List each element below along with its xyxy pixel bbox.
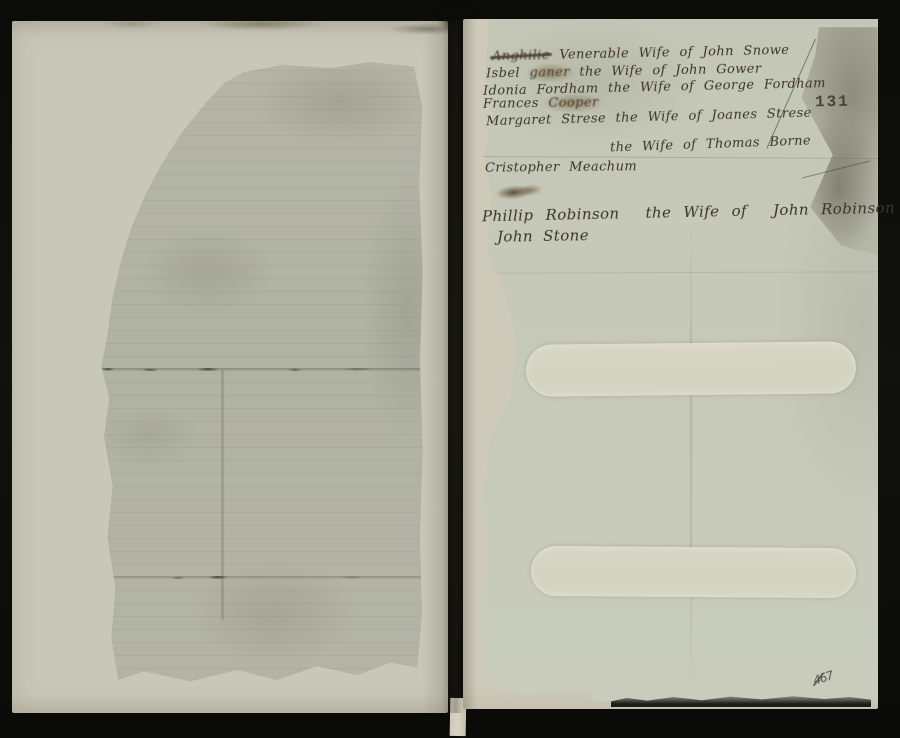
verso-page	[12, 21, 448, 713]
handwritten-text: John Stone	[497, 226, 589, 246]
handwritten-text: Frances	[483, 96, 549, 112]
handwritten-text: Isbel	[486, 66, 530, 82]
handwritten-text: Phillip Robinson	[482, 204, 620, 225]
manuscript-line: Phillip Robinsonthe Wife ofJohn Robinson	[482, 199, 895, 226]
manuscript-line: Frances Cooper	[483, 95, 599, 112]
handwritten-text: Venerable Wife of John Snowe	[550, 43, 790, 63]
repair-patch-bottom	[531, 546, 856, 598]
repair-patch-top	[526, 341, 857, 396]
handwritten-text: the Wife of John Gower	[570, 62, 762, 80]
manuscript-text-block: Anghilie Venerable Wife of John SnoweIsb…	[477, 41, 875, 281]
struck-word: ganer	[529, 65, 570, 81]
handwritten-text: John Robinson	[773, 199, 895, 220]
vertical-crease	[221, 370, 224, 620]
handwritten-text: the Wife of	[645, 202, 747, 222]
struck-word: Cooper	[548, 95, 598, 111]
fold-crease-upper	[90, 368, 424, 371]
torn-parchment-fragment	[90, 57, 424, 689]
vertical-fold-crease	[690, 229, 692, 689]
archival-scan: 131 Anghilie Venerable Wife of John Snow…	[0, 0, 900, 738]
recto-page: 131 Anghilie Venerable Wife of John Snow…	[463, 19, 878, 709]
struck-word: Anghilie	[492, 48, 550, 64]
fold-crease-lower	[90, 576, 424, 579]
manuscript-line: Cristopher Meachum	[485, 159, 637, 176]
handwritten-text: the Wife of Thomas Borne	[610, 133, 812, 155]
handwritten-text: Cristopher Meachum	[485, 159, 637, 176]
manuscript-line: John Stone	[497, 226, 589, 246]
page-number-stamp: 131	[815, 93, 850, 112]
manuscript-line: the Wife of Thomas Borne	[610, 133, 812, 155]
